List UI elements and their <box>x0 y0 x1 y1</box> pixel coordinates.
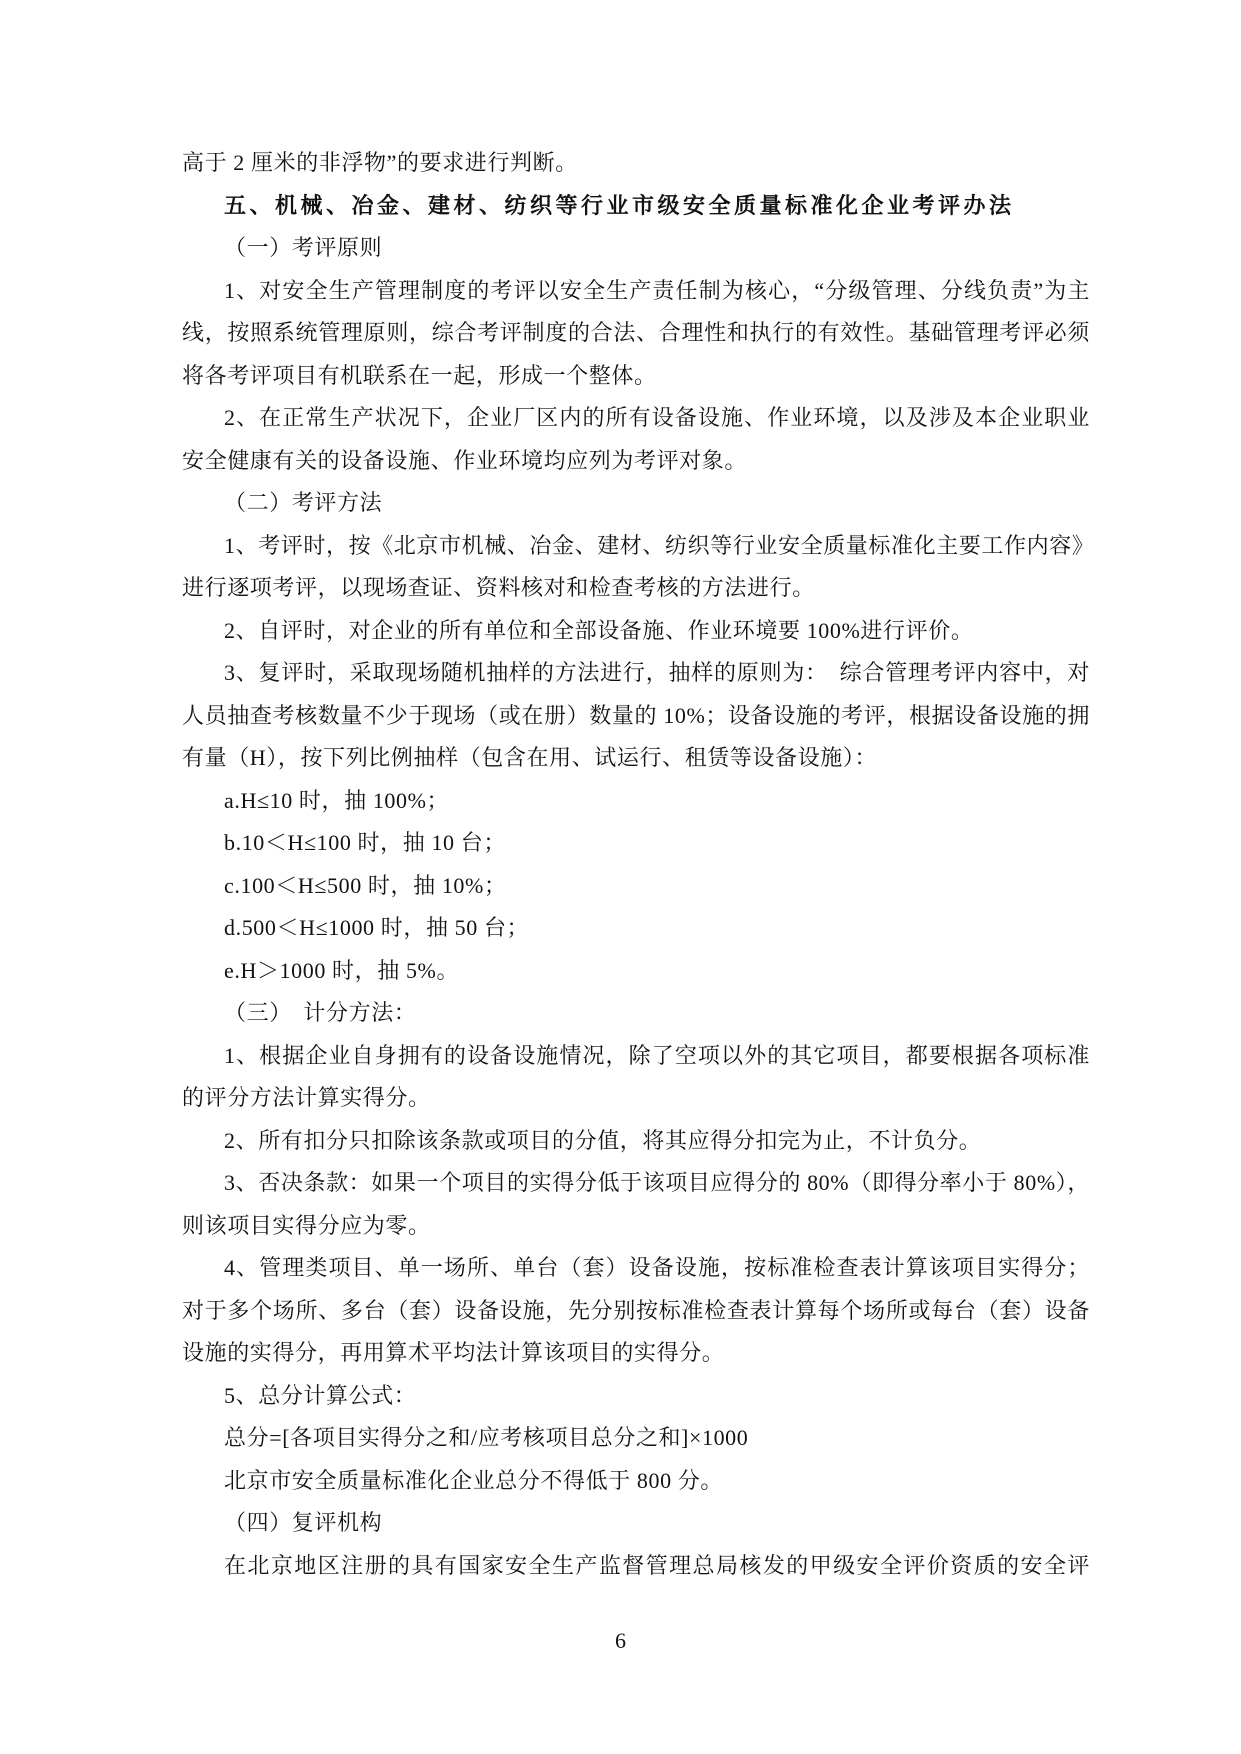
text-line: 在北京地区注册的具有国家安全生产监督管理总局核发的甲级安全评价资质的安全评 <box>182 1545 1090 1588</box>
text-line: 安全健康有关的设备设施、作业环境均应列为考评对象。 <box>182 440 1090 483</box>
list-item-b: b.10＜H≤100 时，抽 10 台； <box>182 822 1090 865</box>
formula-line: 总分=[各项目实得分之和/应考核项目总分之和]×1000 <box>182 1417 1090 1460</box>
text-line: 2、自评时，对企业的所有单位和全部设备施、作业环境要 100%进行评价。 <box>182 610 1090 653</box>
text-line: 设施的实得分，再用算术平均法计算该项目的实得分。 <box>182 1332 1090 1375</box>
document-body: 高于 2 厘米的非浮物”的要求进行判断。 五、机械、冶金、建材、纺织等行业市级安… <box>182 142 1090 1587</box>
text-line: 4、管理类项目、单一场所、单台（套）设备设施，按标准检查表计算该项目实得分； <box>182 1247 1090 1290</box>
list-item-d: d.500＜H≤1000 时，抽 50 台； <box>182 907 1090 950</box>
list-item-a: a.H≤10 时，抽 100%； <box>182 780 1090 823</box>
sub-heading: （二）考评方法 <box>182 482 1090 525</box>
list-item-e: e.H＞1000 时，抽 5%。 <box>182 950 1090 993</box>
list-item-c: c.100＜H≤500 时，抽 10%； <box>182 865 1090 908</box>
text-line: 2、所有扣分只扣除该条款或项目的分值，将其应得分扣完为止，不计负分。 <box>182 1120 1090 1163</box>
text-line: 2、在正常生产状况下，企业厂区内的所有设备设施、作业环境，以及涉及本企业职业 <box>182 397 1090 440</box>
section-heading: 五、机械、冶金、建材、纺织等行业市级安全质量标准化企业考评办法 <box>182 185 1090 228</box>
text-line: 3、复评时，采取现场随机抽样的方法进行，抽样的原则为： 综合管理考评内容中，对 <box>182 652 1090 695</box>
sub-heading: （三） 计分方法： <box>182 992 1090 1035</box>
text-line: 则该项目实得分应为零。 <box>182 1205 1090 1248</box>
page-number: 6 <box>0 1627 1241 1655</box>
text-line: 3、否决条款：如果一个项目的实得分低于该项目应得分的 80%（即得分率小于 80… <box>182 1162 1090 1205</box>
text-line: 线，按照系统管理原则，综合考评制度的合法、合理性和执行的有效性。基础管理考评必须 <box>182 312 1090 355</box>
text-line: 的评分方法计算实得分。 <box>182 1077 1090 1120</box>
sub-heading: （四）复评机构 <box>182 1502 1090 1545</box>
sub-heading: （一）考评原则 <box>182 227 1090 270</box>
text-line: 北京市安全质量标准化企业总分不得低于 800 分。 <box>182 1460 1090 1503</box>
document-page: 高于 2 厘米的非浮物”的要求进行判断。 五、机械、冶金、建材、纺织等行业市级安… <box>0 0 1241 1754</box>
text-line: 高于 2 厘米的非浮物”的要求进行判断。 <box>182 142 1090 185</box>
text-line: 1、对安全生产管理制度的考评以安全生产责任制为核心，“分级管理、分线负责”为主 <box>182 270 1090 313</box>
text-line: 将各考评项目有机联系在一起，形成一个整体。 <box>182 355 1090 398</box>
text-line: 1、根据企业自身拥有的设备设施情况，除了空项以外的其它项目，都要根据各项标准 <box>182 1035 1090 1078</box>
text-line: 有量（H），按下列比例抽样（包含在用、试运行、租赁等设备设施）： <box>182 737 1090 780</box>
text-line: 进行逐项考评，以现场查证、资料核对和检查考核的方法进行。 <box>182 567 1090 610</box>
text-line: 1、考评时，按《北京市机械、冶金、建材、纺织等行业安全质量标准化主要工作内容》 <box>182 525 1090 568</box>
text-line: 对于多个场所、多台（套）设备设施，先分别按标准检查表计算每个场所或每台（套）设备 <box>182 1290 1090 1333</box>
text-line: 人员抽查考核数量不少于现场（或在册）数量的 10%；设备设施的考评，根据设备设施… <box>182 695 1090 738</box>
text-line: 5、总分计算公式： <box>182 1375 1090 1418</box>
